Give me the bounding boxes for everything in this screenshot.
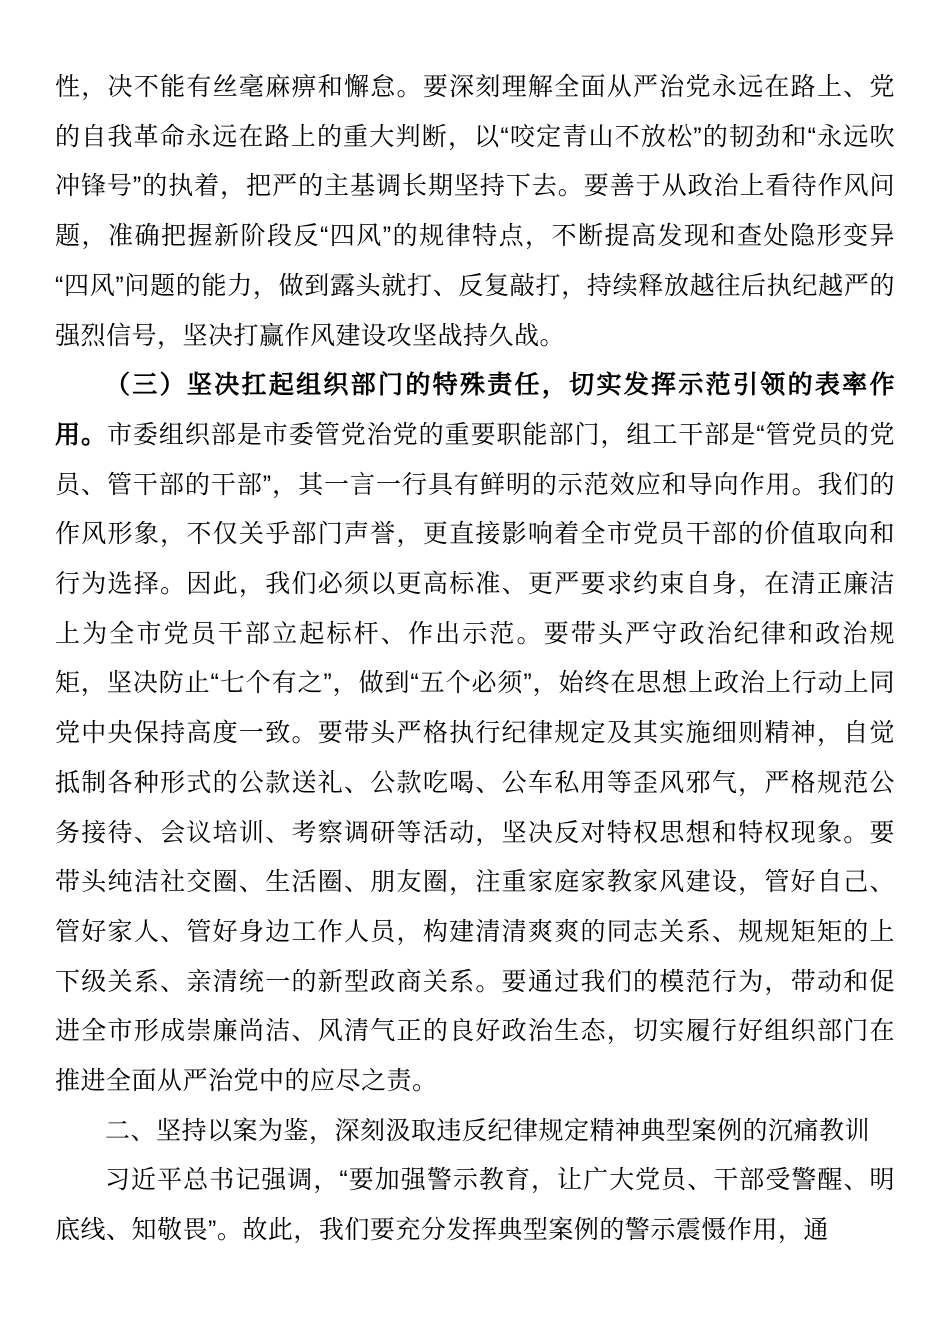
paragraph-quote: 习近平总书记强调，“要加强警示教育，让广大党员、干部受警醒、明底线、知敬畏”。故… [55, 1156, 895, 1255]
section-two-heading-run: 二、坚持以案为鉴，深刻汲取违反纪律规定精神典型案例的沉痛教训 [105, 1117, 870, 1145]
body-text-run: 性，决不能有丝毫麻痹和懈怠。要深刻理解全面从严治党永远在路上、党的自我革命永远在… [55, 73, 895, 350]
body-text-run: 市委组织部是市委管党治党的重要职能部门，组工干部是“管党员的党员、管干部的干部”… [55, 421, 895, 1095]
body-text-run: 习近平总书记强调，“要加强警示教育，让广大党员、干部受警醒、明底线、知敬畏”。故… [55, 1166, 895, 1244]
paragraph-section-three: （三）坚决扛起组织部门的特殊责任，切实发挥示范引领的表率作用。市委组织部是市委管… [55, 361, 895, 1107]
heading-section-two: 二、坚持以案为鉴，深刻汲取违反纪律规定精神典型案例的沉痛教训 [55, 1107, 895, 1157]
paragraph-continuation: 性，决不能有丝毫麻痹和懈怠。要深刻理解全面从严治党永远在路上、党的自我革命永远在… [55, 63, 895, 361]
document-page: 性，决不能有丝毫麻痹和懈怠。要深刻理解全面从严治党永远在路上、党的自我革命永远在… [0, 0, 950, 1344]
